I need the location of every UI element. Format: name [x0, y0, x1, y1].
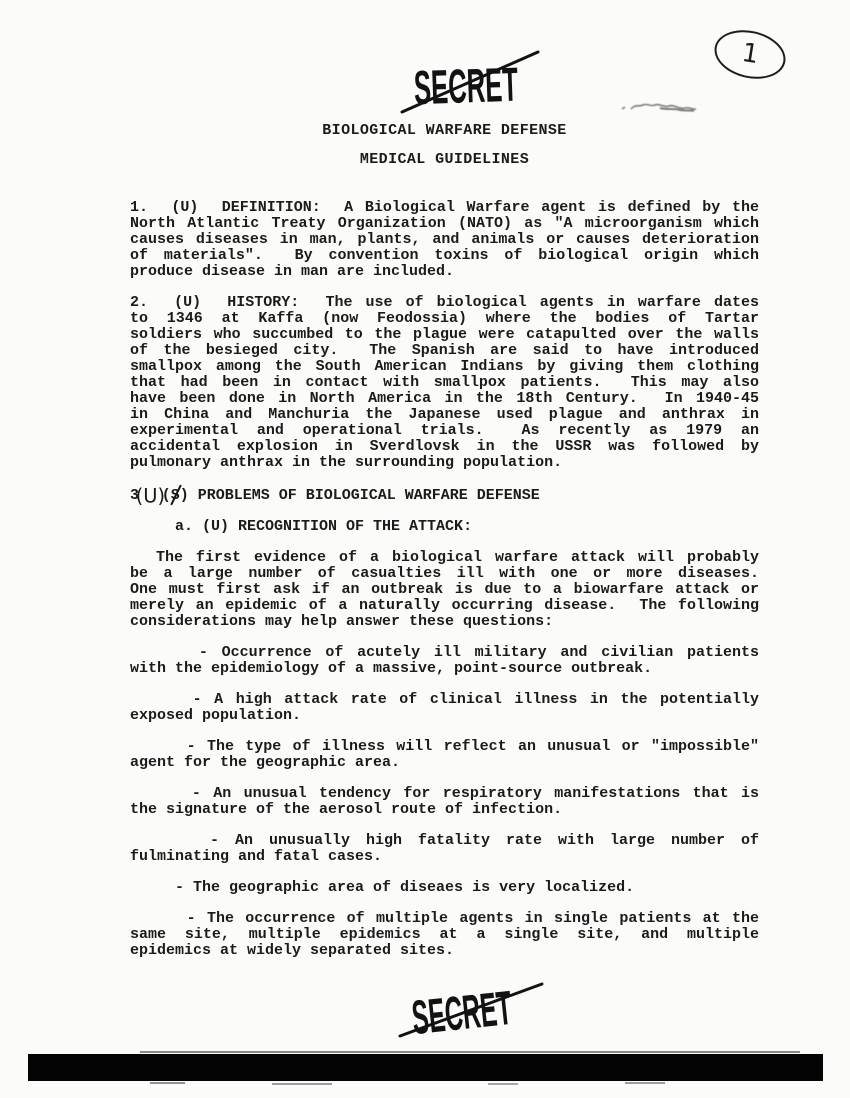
bullet-fatality-rate: - An unusually high fatality rate with l… — [130, 833, 759, 865]
text-line: soldiers who succumbed to the plague wer… — [130, 327, 759, 343]
text-line: 3(U)(S) PROBLEMS OF BIOLOGICAL WARFARE D… — [130, 486, 759, 504]
text-line: in China and Manchuria the Japanese used… — [130, 407, 759, 423]
text-line: experimental and operational trials. As … — [130, 423, 759, 439]
text-line: - A high attack rate of clinical illness… — [130, 692, 759, 708]
secret-stamp-bottom: SECRET — [382, 978, 562, 1048]
bullet-attack-rate: - A high attack rate of clinical illness… — [130, 692, 759, 724]
text-line: be a large number of casualties ill with… — [130, 566, 759, 582]
document-page: BIOLOGICAL WARFARE DEFENSE MEDICAL GUIDE… — [130, 123, 759, 974]
text-line: of the besieged city. The Spanish are sa… — [130, 343, 759, 359]
page-number: 1 — [740, 37, 761, 69]
text-line: have been done in North America in the 1… — [130, 391, 759, 407]
smudge-mark — [620, 96, 698, 118]
scan-artifact-line — [140, 1051, 800, 1053]
bullet-respiratory: - An unusual tendency for respiratory ma… — [130, 786, 759, 818]
text-line: to 1346 at Kaffa (now Feodossia) where t… — [130, 311, 759, 327]
scan-artifact-line — [150, 1082, 185, 1084]
text-line: produce disease in man are included. — [130, 264, 759, 280]
text-line: One must first ask if an outbreak is due… — [130, 582, 759, 598]
text-line: smallpox among the South American Indian… — [130, 359, 759, 375]
text-line: same site, multiple epidemics at a singl… — [130, 927, 759, 943]
heading-problems: 3(U)(S) PROBLEMS OF BIOLOGICAL WARFARE D… — [130, 486, 759, 504]
scan-artifact-line — [488, 1083, 518, 1085]
handwritten-unclassified-marking: (U) — [136, 486, 165, 507]
bullet-point-source-outbreak: - Occurrence of acutely ill military and… — [130, 645, 759, 677]
text-line: merely an epidemic of a naturally occurr… — [130, 598, 759, 614]
text-line: - An unusual tendency for respiratory ma… — [130, 786, 759, 802]
scan-artifact-line — [272, 1083, 332, 1085]
text-line: - The occurrence of multiple agents in s… — [130, 911, 759, 927]
scan-artifact-line — [625, 1082, 665, 1084]
document-body: 1. (U) DEFINITION: A Biological Warfare … — [130, 200, 759, 959]
text-line: causes diseases in man, plants, and anim… — [130, 232, 759, 248]
text-line: North Atlantic Treaty Organization (NATO… — [130, 216, 759, 232]
text-line: - An unusually high fatality rate with l… — [130, 833, 759, 849]
text-line: a. (U) RECOGNITION OF THE ATTACK: — [130, 519, 759, 535]
text-line: - The type of illness will reflect an un… — [130, 739, 759, 755]
text-line: The first evidence of a biological warfa… — [130, 550, 759, 566]
text-line: with the epidemiology of a massive, poin… — [130, 661, 759, 677]
text-line: that had been in contact with smallpox p… — [130, 375, 759, 391]
text-line: - Occurrence of acutely ill military and… — [130, 645, 759, 661]
paragraph-recognition-intro: The first evidence of a biological warfa… — [130, 550, 759, 630]
bullet-localized: - The geographic area of diseaes is very… — [130, 880, 759, 896]
bullet-unusual-agent: - The type of illness will reflect an un… — [130, 739, 759, 771]
heading-label: ) PROBLEMS OF BIOLOGICAL WARFARE DEFENSE — [180, 487, 540, 504]
text-line: considerations may help answer these que… — [130, 614, 759, 630]
bullet-multiple-agents: - The occurrence of multiple agents in s… — [130, 911, 759, 959]
heading-recognition: a. (U) RECOGNITION OF THE ATTACK: — [130, 519, 759, 535]
text-line: pulmonary anthrax in the surrounding pop… — [130, 455, 759, 471]
redaction-bar — [28, 1054, 823, 1081]
document-subtitle: MEDICAL GUIDELINES — [130, 152, 759, 168]
text-line: 2. (U) HISTORY: The use of biological ag… — [130, 295, 759, 311]
paragraph-definition: 1. (U) DEFINITION: A Biological Warfare … — [130, 200, 759, 280]
document-title: BIOLOGICAL WARFARE DEFENSE — [130, 123, 759, 139]
text-line: epidemics at widely separated sites. — [130, 943, 759, 959]
text-line: - The geographic area of diseaes is very… — [130, 880, 759, 896]
struck-classification-letter: S — [171, 488, 180, 504]
text-line: fulminating and fatal cases. — [130, 849, 759, 865]
paragraph-history: 2. (U) HISTORY: The use of biological ag… — [130, 295, 759, 471]
text-line: agent for the geographic area. — [130, 755, 759, 771]
text-line: the signature of the aerosol route of in… — [130, 802, 759, 818]
secret-stamp-top: SECRET — [390, 50, 566, 124]
text-line: accidental explosion in Sverdlovsk in th… — [130, 439, 759, 455]
page-number-circle: 1 — [710, 24, 791, 86]
text-line: 1. (U) DEFINITION: A Biological Warfare … — [130, 200, 759, 216]
text-line: of materials". By convention toxins of b… — [130, 248, 759, 264]
text-line: exposed population. — [130, 708, 759, 724]
